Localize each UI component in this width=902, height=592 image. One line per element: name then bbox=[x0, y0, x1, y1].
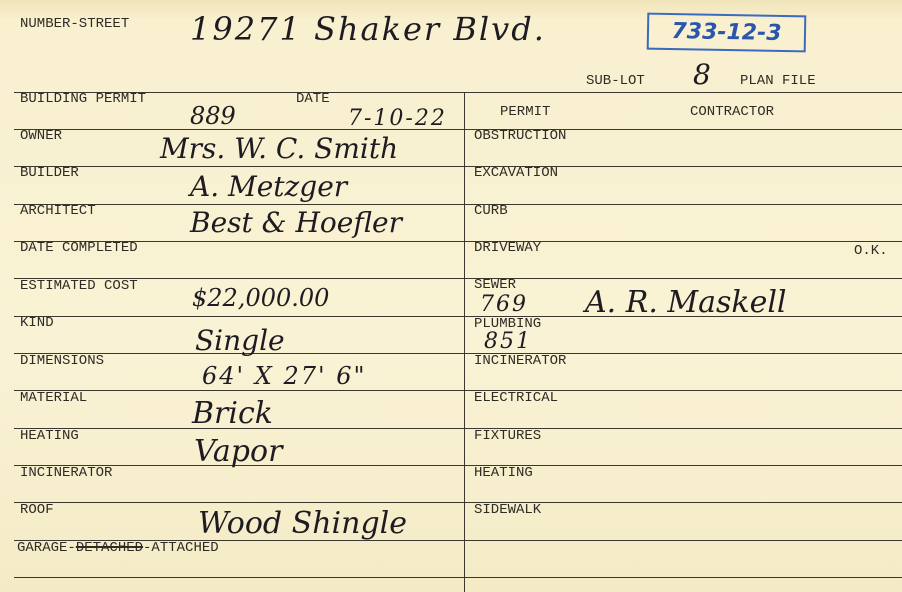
builder-label: BUILDER bbox=[20, 165, 79, 181]
divider bbox=[14, 166, 902, 167]
architect-label: ARCHITECT bbox=[20, 203, 96, 219]
sub-lot-label: SUB-LOT bbox=[586, 73, 645, 89]
sewer-label: SEWER bbox=[474, 277, 516, 293]
building-permit-label: BUILDING PERMIT bbox=[20, 91, 146, 107]
material-value: Brick bbox=[192, 396, 273, 431]
curb-label: CURB bbox=[474, 203, 508, 219]
roof-label: ROOF bbox=[20, 502, 54, 518]
heating-permit-label: HEATING bbox=[474, 465, 533, 481]
dimensions-label: DIMENSIONS bbox=[20, 353, 104, 369]
sidewalk-label: SIDEWALK bbox=[474, 502, 541, 518]
dimensions-value: 64' X 27' 6" bbox=[202, 362, 367, 390]
electrical-label: ELECTRICAL bbox=[474, 390, 558, 406]
divider bbox=[14, 92, 902, 93]
owner-value: Mrs. W. C. Smith bbox=[160, 132, 398, 165]
permit-card: NUMBER-STREET 19271 Shaker Blvd. 733-12-… bbox=[0, 0, 902, 592]
fixtures-label: FIXTURES bbox=[474, 428, 541, 444]
excavation-label: EXCAVATION bbox=[474, 165, 558, 181]
heating-value: Vapor bbox=[194, 434, 282, 469]
lot-number-stamp: 733-12-3 bbox=[647, 13, 807, 53]
sub-lot-value: 8 bbox=[693, 58, 711, 91]
date-label: DATE bbox=[296, 91, 330, 107]
driveway-label: DRIVEWAY bbox=[474, 240, 541, 256]
incinerator-label: INCINERATOR bbox=[20, 465, 112, 481]
garage-suffix: -ATTACHED bbox=[143, 540, 219, 556]
builder-value: A. Metzger bbox=[190, 170, 347, 203]
divider bbox=[14, 129, 902, 130]
obstruction-label: OBSTRUCTION bbox=[474, 128, 566, 144]
date-completed-label: DATE COMPLETED bbox=[20, 240, 138, 256]
sewer-permit-number: 769 bbox=[480, 292, 528, 317]
plan-file-label: PLAN FILE bbox=[740, 73, 816, 89]
divider bbox=[14, 577, 902, 578]
number-street-value: 19271 Shaker Blvd. bbox=[190, 10, 546, 48]
divider bbox=[14, 390, 902, 391]
divider bbox=[14, 241, 902, 242]
heating-label: HEATING bbox=[20, 428, 79, 444]
divider bbox=[14, 353, 902, 354]
garage-detached-struck: DETACHED bbox=[76, 540, 143, 556]
divider bbox=[14, 428, 902, 429]
divider bbox=[14, 502, 902, 503]
incinerator-permit-label: INCINERATOR bbox=[474, 353, 566, 369]
number-street-label: NUMBER-STREET bbox=[20, 16, 129, 32]
roof-value: Wood Shingle bbox=[198, 506, 407, 541]
kind-label: KIND bbox=[20, 315, 54, 331]
date-value: 7-10-22 bbox=[348, 106, 447, 131]
plumbing-permit-number: 851 bbox=[484, 329, 532, 354]
column-divider bbox=[464, 92, 465, 592]
estimated-cost-label: ESTIMATED COST bbox=[20, 278, 138, 294]
kind-value: Single bbox=[195, 324, 285, 357]
permit-header: PERMIT bbox=[500, 104, 550, 120]
architect-value: Best & Hoefler bbox=[190, 206, 402, 239]
divider bbox=[14, 465, 902, 466]
estimated-cost-value: $22,000.00 bbox=[192, 284, 329, 312]
material-label: MATERIAL bbox=[20, 390, 87, 406]
owner-label: OWNER bbox=[20, 128, 62, 144]
divider bbox=[14, 278, 902, 279]
divider bbox=[14, 204, 902, 205]
contractor-header: CONTRACTOR bbox=[690, 104, 774, 120]
building-permit-value: 889 bbox=[190, 102, 236, 130]
garage-label: GARAGE-DETACHED-ATTACHED bbox=[17, 540, 219, 556]
driveway-status: O.K. bbox=[854, 243, 888, 259]
garage-prefix: GARAGE- bbox=[17, 540, 76, 556]
sewer-contractor: A. R. Maskell bbox=[585, 285, 787, 320]
